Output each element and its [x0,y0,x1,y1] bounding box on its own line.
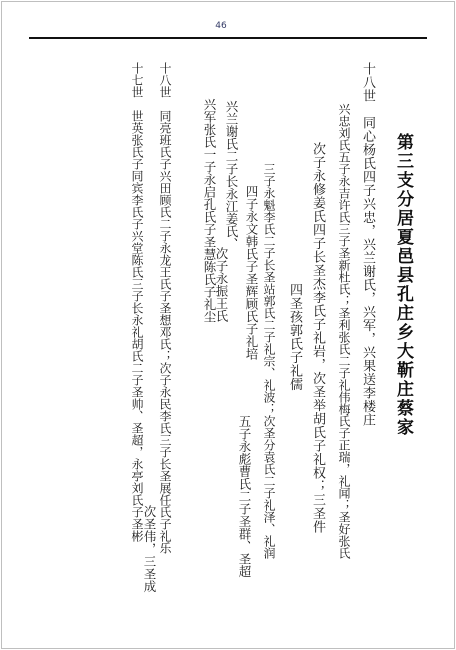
scanned-genealogy-page: 46 第三支分居夏邑县孔庄乡大靳庄蔡家 十八世 同心杨氏四子兴忠，兴兰谢氏，兴军… [0,0,456,650]
col-gen18-tongxin: 十八世 同心杨氏四子兴忠，兴兰谢氏，兴军，兴果送李楼庄 [361,62,374,427]
col-yongwen-branch: 四子永文韩氏子圣辉顾氏子礼培 [245,185,258,360]
col-yongbiao-branch: 五子永彪曹氏二子圣群、圣超 [238,415,251,578]
col-gen17-shiying: 十七世 世英张氏子同宾李氏子兴堂陈氏三子长永礼胡氏二子圣帅、圣超，永亭刘氏子圣彬 [131,62,143,542]
page-number: 46 [0,21,442,31]
page-border [1,1,455,649]
col-yongkui-branch: 三子永魁李氏二子长圣站郭氏二子礼宗、礼波；次圣分袁氏二子礼泽、礼润 [263,163,275,559]
col-xingzhong-branch: 兴忠刘氏五子永吉许氏三子圣新杜氏；圣利张氏二子礼伟梅氏子正瑞，礼闻；圣好张氏 [338,103,350,559]
col-xinglan-branch: 兴兰谢氏二子长永江姜氏、 [225,100,238,250]
col-gen18-tongliang: 十八世 同亮班氏子兴田顾氏二子永龙王氏子圣想邓氏；次子永民李氏三子长圣展任氏子礼… [159,62,171,554]
col-shengwei-continuation: 次圣伟，三圣成 [143,505,156,593]
section-title: 第三支分居夏邑县孔庄乡大靳庄蔡家 [394,133,411,437]
col-shenghai-entry: 四圣孩郭氏子礼儒 [288,283,301,391]
col-xingjun-branch: 兴军张氏一子永启孔氏子圣慧陈氏子礼尘 [203,98,216,323]
col-yongxiu-branch: 次子永修姜氏四子长圣杰李氏子礼岩，次圣举胡氏子礼权；三圣件 [311,142,324,534]
header-rule [29,37,427,39]
